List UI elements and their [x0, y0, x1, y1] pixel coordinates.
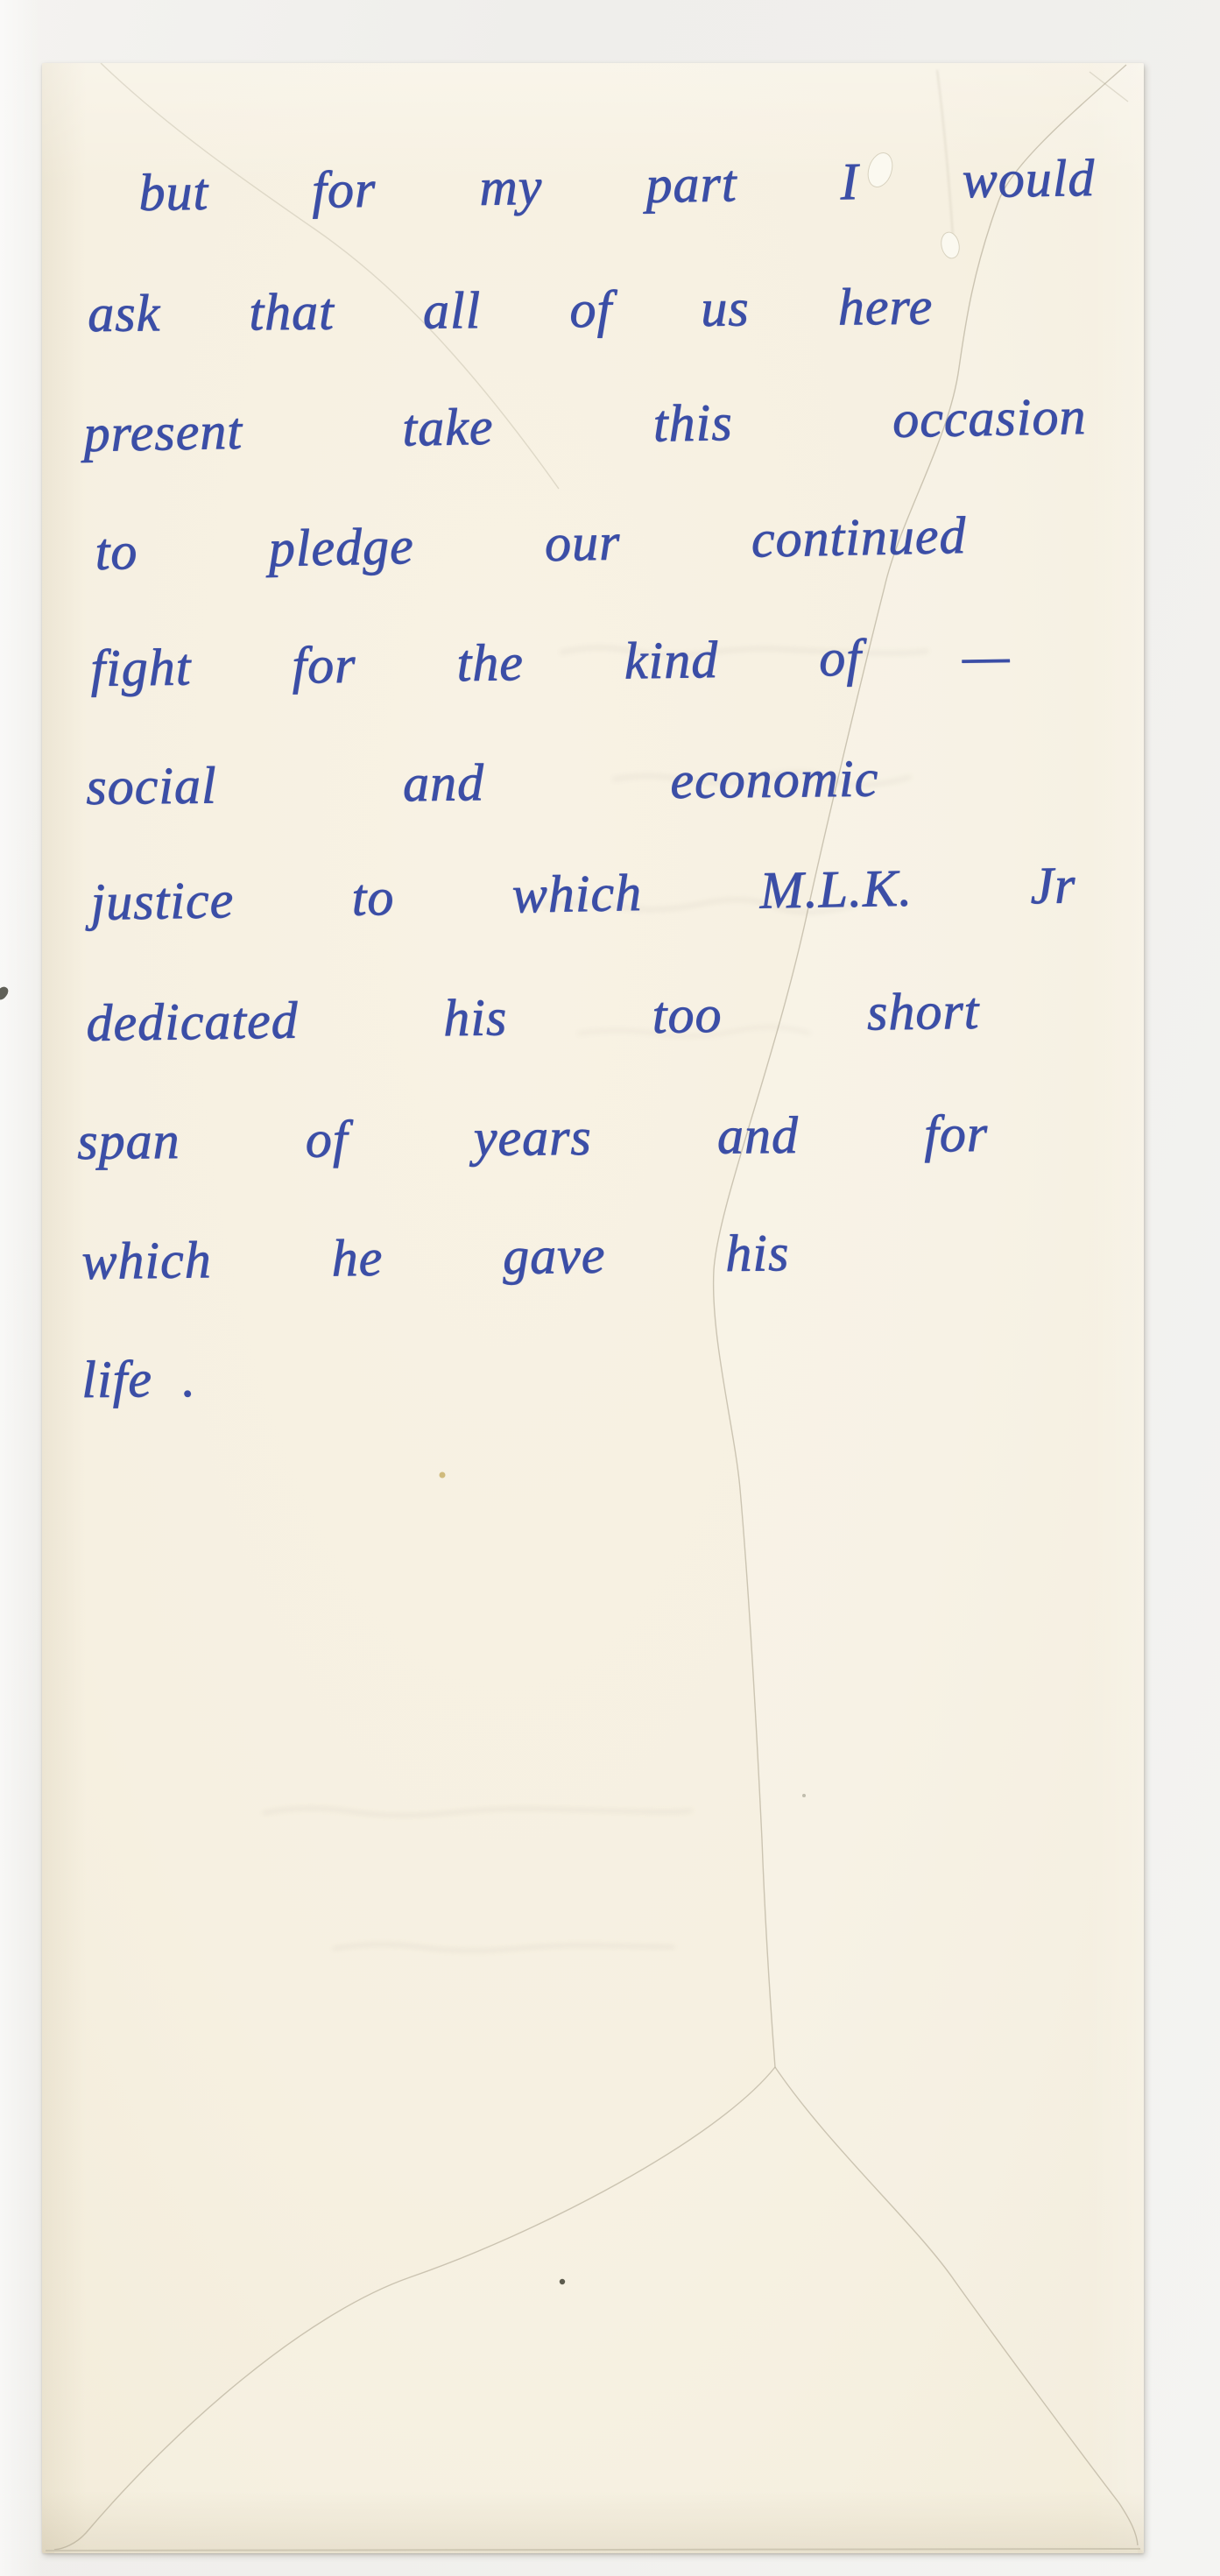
handwritten-line-10: which he gave his: [81, 1226, 790, 1288]
handwritten-line-11: life .: [81, 1351, 363, 1406]
handwritten-line-7: justice to which M.L.K. Jr: [90, 858, 1076, 928]
scan-edge-speck: [0, 985, 11, 1001]
handwritten-line-8: dedicated his too short: [86, 985, 980, 1049]
handwritten-note: but for my part I would ask that all of …: [42, 63, 1144, 2553]
handwritten-line-1: but for my part I would: [138, 152, 1096, 219]
handwritten-line-9: span of years and for: [77, 1107, 988, 1168]
handwritten-line-4: to pledge our continued: [95, 509, 967, 578]
handwritten-line-5: fight for the kind of —: [90, 629, 1011, 695]
handwritten-line-2: ask that all of us here: [88, 280, 933, 340]
handwritten-line-6: social and economic: [86, 752, 879, 813]
handwritten-line-3: present take this occasion: [83, 390, 1087, 460]
envelope-back: but for my part I would ask that all of …: [42, 63, 1144, 2553]
scan-background: but for my part I would ask that all of …: [0, 0, 1220, 2576]
